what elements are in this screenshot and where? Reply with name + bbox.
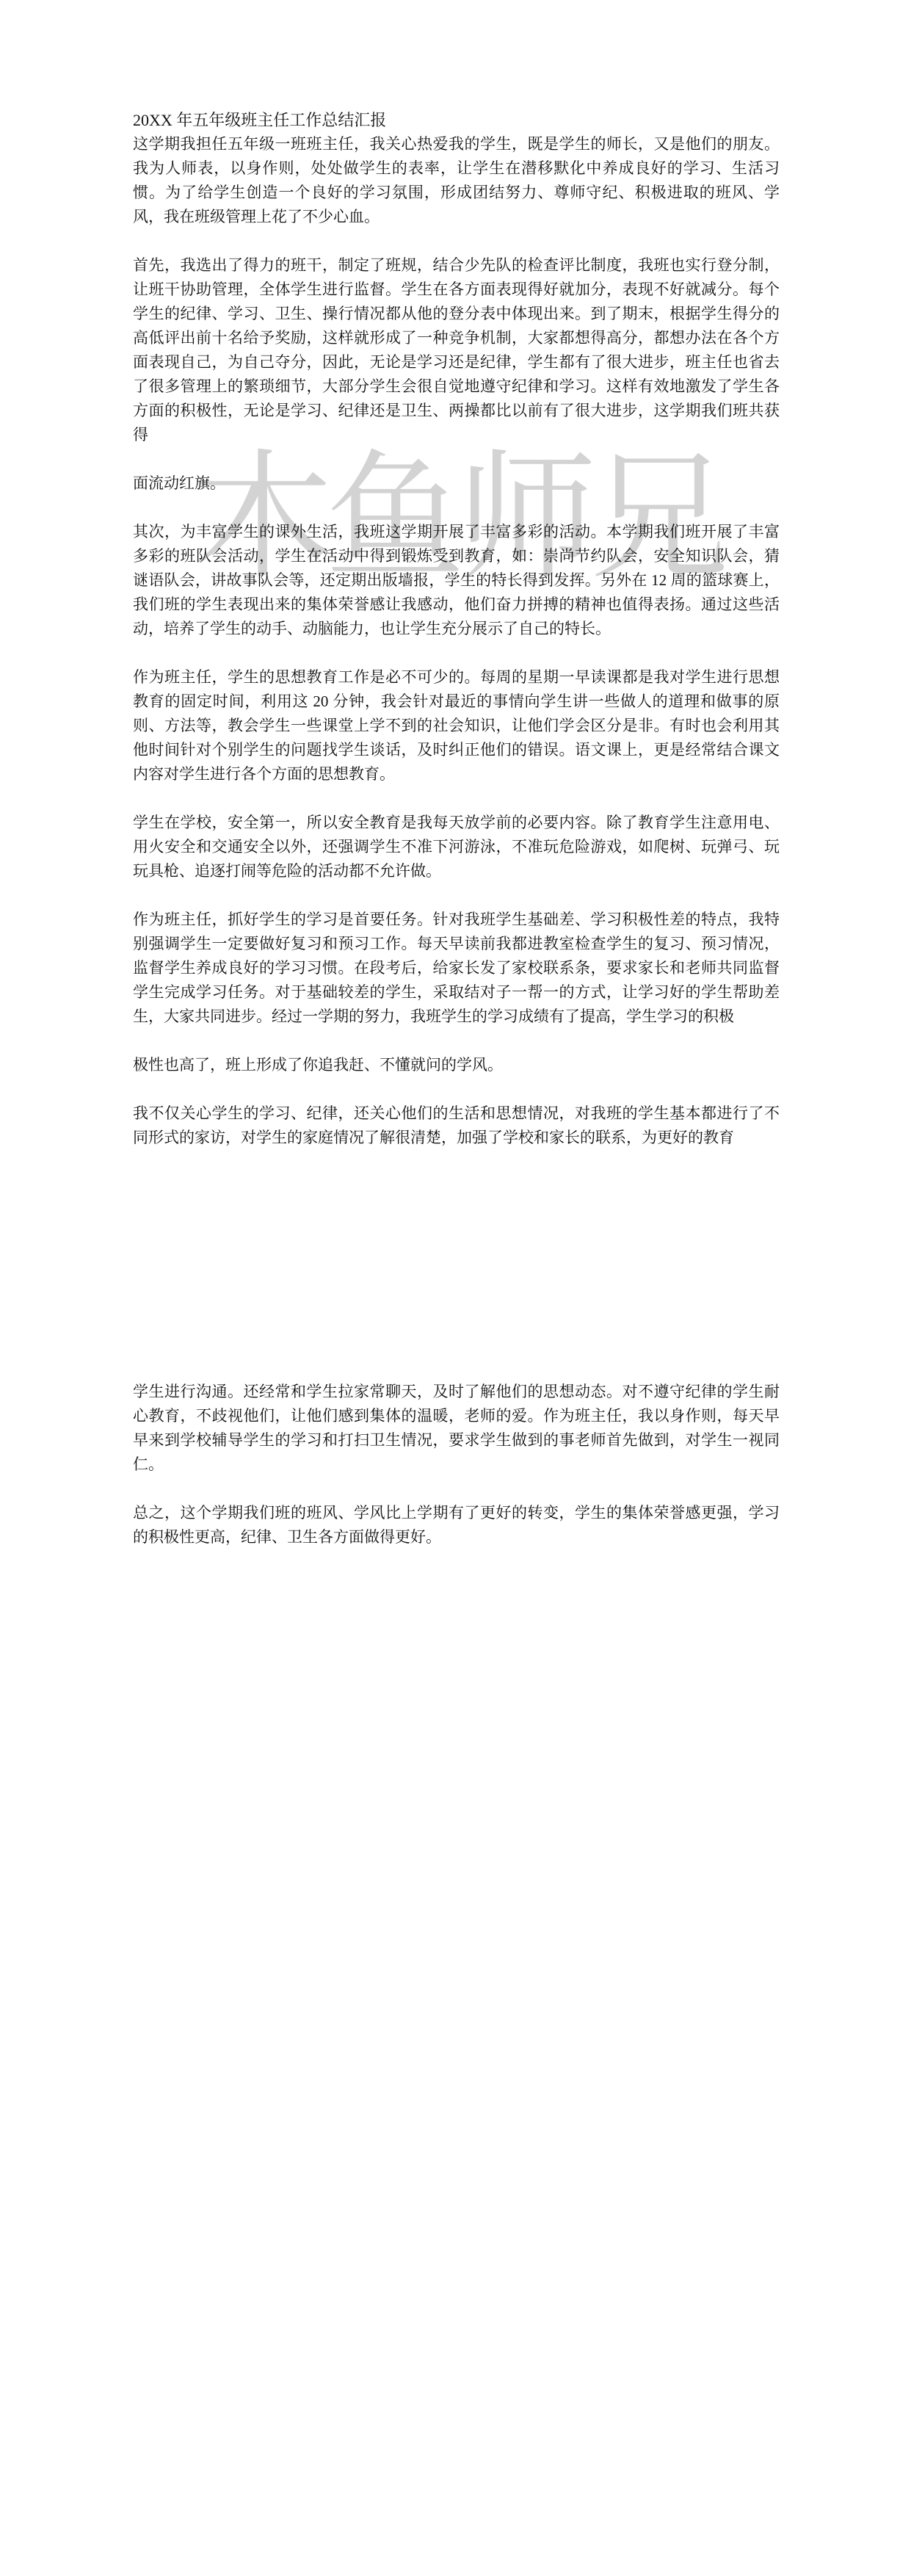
document-content: 20XX 年五年级班主任工作总结汇报 这学期我担任五年级一班班主任，我关心热爱我… [133, 108, 780, 1549]
paragraph-study-supervision: 作为班主任，抓好学生的学习是首要任务。针对我班学生基础差、学习积极性差的特点，我… [133, 908, 780, 1029]
paragraph-communication: 学生进行沟通。还经常和学生拉家常聊天，及时了解他们的思想动态。对不遵守纪律的学生… [133, 1380, 780, 1477]
paragraph-red-flag-fragment: 面流动红旗。 [133, 471, 780, 496]
document-title: 20XX 年五年级班主任工作总结汇报 [133, 108, 780, 132]
paragraph-intro: 这学期我担任五年级一班班主任，我关心热爱我的学生，既是学生的师长，又是他们的朋友… [133, 132, 780, 229]
paragraph-scoring-system: 首先，我选出了得力的班干，制定了班规，结合少先队的检查评比制度，我班也实行登分制… [133, 253, 780, 447]
paragraph-home-visits: 我不仅关心学生的学习、纪律，还关心他们的生活和思想情况，对我班的学生基本都进行了… [133, 1101, 780, 1150]
paragraph-safety-education: 学生在学校，安全第一，所以安全教育是我每天放学前的必要内容。除了教育学生注意用电… [133, 811, 780, 883]
paragraph-activities: 其次，为丰富学生的课外生活，我班这学期开展了丰富多彩的活动。本学期我们班开展了丰… [133, 520, 780, 641]
paragraph-study-atmosphere-fragment: 极性也高了，班上形成了你追我赶、不懂就问的学风。 [133, 1053, 780, 1077]
document-page: 木鱼师兄 20XX 年五年级班主任工作总结汇报 这学期我担任五年级一班班主任，我… [0, 0, 911, 2576]
paragraph-ideological-education: 作为班主任，学生的思想教育工作是必不可少的。每周的星期一早读课都是我对学生进行思… [133, 665, 780, 786]
paragraph-conclusion: 总之，这个学期我们班的班风、学风比上学期有了更好的转变，学生的集体荣誉感更强，学… [133, 1501, 780, 1549]
